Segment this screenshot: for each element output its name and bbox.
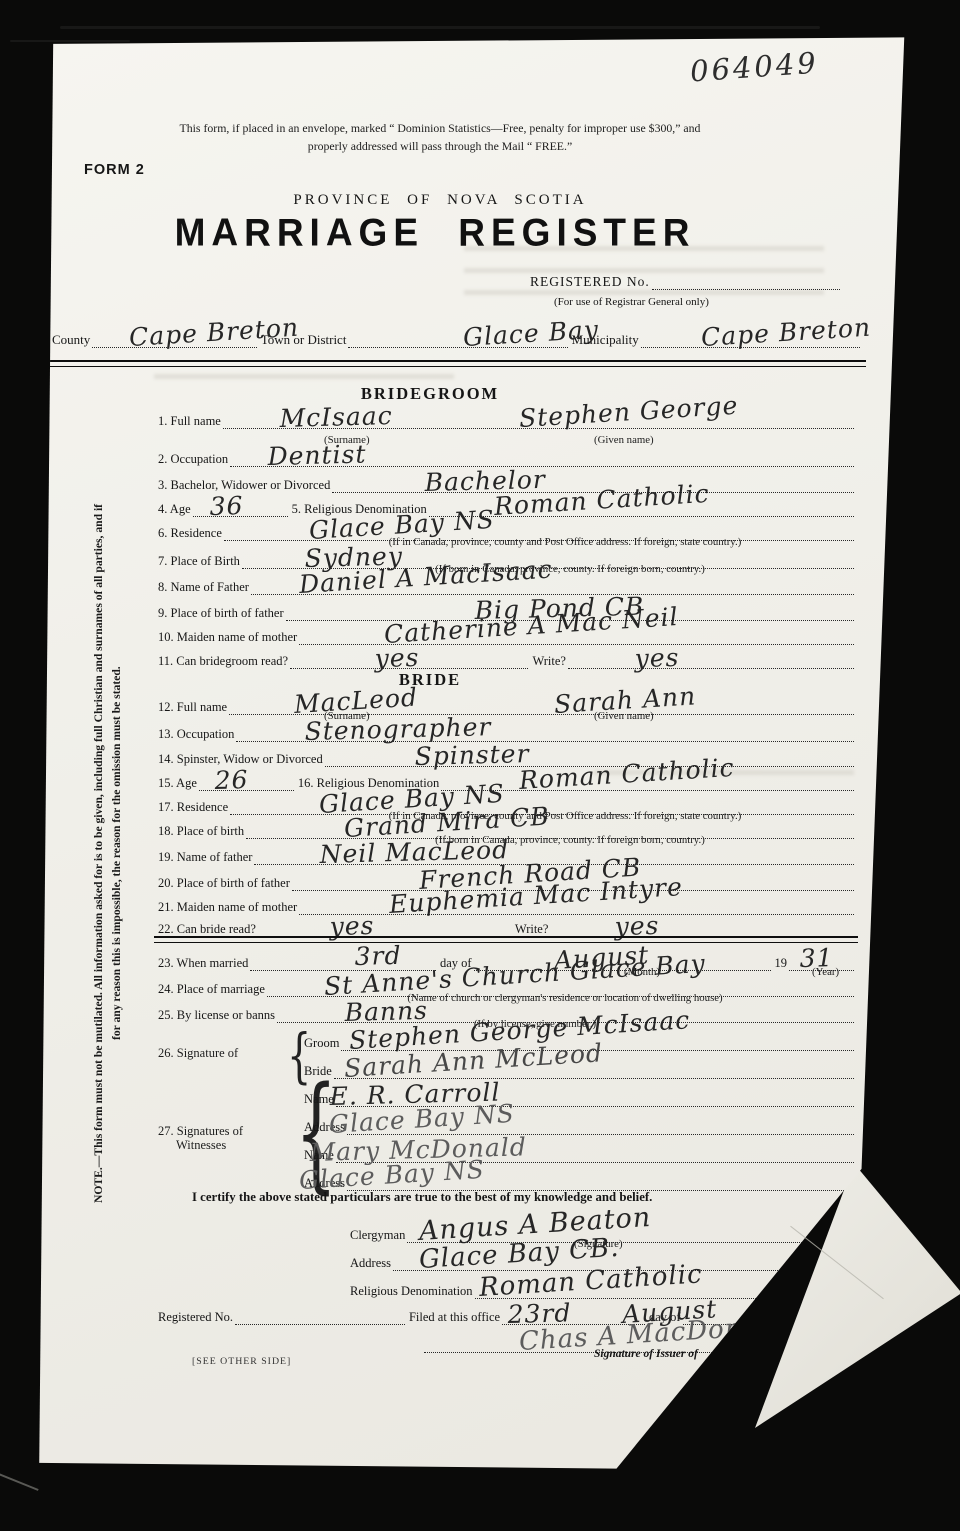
bride-given-sublabel: (Given name) (594, 710, 654, 722)
scan-scratch (0, 1471, 39, 1491)
marriage-register-sheet: 064049 This form, if placed in an envelo… (34, 36, 906, 1470)
clergyman-address-label: Address (350, 1256, 393, 1271)
groom-father-label: 8. Name of Father (158, 580, 251, 595)
bride-occupation-label: 13. Occupation (158, 727, 236, 742)
given-sublabel: (Given name) (594, 434, 654, 446)
county-label: County (52, 332, 92, 348)
bride-age-religion-row: 15. Age 16. Religious Denomination 26 Ro… (158, 776, 854, 791)
province-heading: PROVINCE OF NOVA SCOTIA (34, 192, 846, 209)
bride-signature-row: Bride Sarah Ann McLeod (304, 1064, 854, 1079)
groom-age-religion-row: 4. Age 5. Religious Denomination 36 Roma… (158, 502, 854, 517)
groom-sig-label: Groom (304, 1036, 341, 1051)
witness1-address-row: Address Glace Bay NS (304, 1120, 854, 1135)
bride-age-value: 26 (214, 765, 249, 795)
registrar-note: (For use of Registrar General only) (554, 296, 709, 308)
groom-occupation-value: Dentist (267, 439, 367, 471)
double-rule-top (50, 360, 866, 367)
filing-row: Registered No. Filed at this office day … (158, 1310, 854, 1325)
filing-registered-no-label: Registered No. (158, 1310, 235, 1325)
see-other-side: [SEE OTHER SIDE] (192, 1356, 291, 1367)
bride-status-value: Spinster (414, 739, 530, 771)
side-note: NOTE.—This form must not be mutilated. A… (90, 498, 130, 1208)
groom-fullname-label: 1. Full name (158, 414, 223, 429)
groom-age-label: 4. Age (158, 502, 193, 517)
form-content: 064049 This form, if placed in an envelo… (34, 36, 906, 1470)
groom-father-row: 8. Name of Father Daniel A MacIsaac (158, 580, 854, 595)
mailing-notice-line2: properly addressed will pass through the… (308, 139, 572, 153)
bride-fullname-row: 12. Full name MacLeod Sarah Ann (158, 700, 854, 715)
witness1-name-row: Name E. R. Carroll (304, 1092, 854, 1107)
bride-write-line (550, 921, 854, 937)
location-row: County Town or District Municipality Cap… (52, 332, 860, 348)
double-rule-mid (154, 936, 858, 943)
bride-father-label: 19. Name of father (158, 850, 254, 865)
scan-streak (10, 40, 130, 42)
groom-write-label: Write? (528, 654, 568, 669)
bride-write-label: Write? (511, 922, 551, 937)
groom-literacy-row: 11. Can bridegroom read? Write? yes yes (158, 654, 854, 669)
bleedthrough-smudge (154, 366, 454, 382)
bride-father-birthplace-label: 20. Place of birth of father (158, 876, 292, 891)
clergyman-label: Clergyman (350, 1228, 407, 1243)
bride-status-row: 14. Spinster, Widow or Divorced Spinster (158, 752, 854, 767)
bride-age-label: 15. Age (158, 776, 199, 791)
bride-mother-row: 21. Maiden name of mother Euphemia Mac I… (158, 900, 854, 915)
license-label: 25. By license or banns (158, 1008, 277, 1023)
registered-no-line (652, 289, 840, 290)
bride-fullname-label: 12. Full name (158, 700, 229, 715)
groom-birthplace-label: 7. Place of Birth (158, 554, 242, 569)
bride-read-line (258, 921, 511, 937)
mailing-notice-line1: This form, if placed in an envelope, mar… (180, 121, 701, 135)
witnesses-label-2: Witnesses (176, 1138, 226, 1153)
filing-registered-no-line (235, 1309, 405, 1325)
year-sublabel: (Year) (812, 966, 839, 978)
bride-residence-label: 17. Residence (158, 800, 230, 815)
groom-read-label: 11. Can bridegroom read? (158, 654, 290, 669)
witness2-address-row: Address Glace Bay NS (304, 1176, 854, 1191)
form-number: FORM 2 (84, 162, 145, 178)
page-title: MARRIAGE REGISTER (34, 211, 836, 255)
scan-streak (60, 26, 820, 29)
groom-residence-note: (If in Canada, province, county and Post… (334, 536, 796, 548)
registered-no-label: REGISTERED No. (530, 274, 652, 290)
certify-statement: I certify the above stated particulars a… (192, 1190, 652, 1205)
groom-mother-row: 10. Maiden name of mother Catherine A Ma… (158, 630, 854, 645)
clergyman-denomination-label: Religious Denomination (350, 1284, 475, 1299)
groom-fullname-row: 1. Full name McIsaac Stephen George (158, 414, 854, 429)
bride-read-label: 22. Can bride read? (158, 922, 258, 937)
groom-surname-value: McIsaac (279, 401, 393, 433)
groom-occupation-row: 2. Occupation Dentist (158, 452, 854, 467)
groom-status-label: 3. Bachelor, Widower or Divorced (158, 478, 332, 493)
bride-literacy-row: 22. Can bride read? Write? yes yes (158, 922, 854, 937)
registered-no-row: REGISTERED No. (530, 274, 840, 290)
issuer-label: Signature of Issuer of (594, 1348, 698, 1360)
groom-residence-label: 6. Residence (158, 526, 224, 541)
filed-label: Filed at this office (405, 1310, 502, 1325)
bride-section-title: BRIDE (34, 670, 826, 690)
groom-mother-label: 10. Maiden name of mother (158, 630, 299, 645)
signature-of-label: 26. Signature of (158, 1046, 238, 1061)
groom-write-value: yes (634, 643, 679, 673)
place-of-marriage-label: 24. Place of marriage (158, 982, 267, 997)
when-day-value: 3rd (354, 941, 402, 971)
witnesses-label-1: 27. Signatures of (158, 1124, 243, 1139)
when-married-label: 23. When married (158, 956, 250, 971)
clergyman-denomination-row: Religious Denomination Roman Catholic (350, 1284, 850, 1299)
groom-age-value: 36 (209, 491, 244, 521)
groom-occupation-label: 2. Occupation (158, 452, 230, 467)
groom-write-line (568, 653, 854, 669)
groom-read-value: yes (374, 643, 419, 673)
mailing-notice: This form, if placed in an envelope, mar… (104, 120, 776, 155)
serial-number: 064049 (689, 46, 820, 89)
year-prefix: 19 (771, 956, 790, 971)
bride-birthplace-label: 18. Place of birth (158, 824, 246, 839)
bride-mother-label: 21. Maiden name of mother (158, 900, 299, 915)
groom-father-birthplace-label: 9. Place of birth of father (158, 606, 286, 621)
